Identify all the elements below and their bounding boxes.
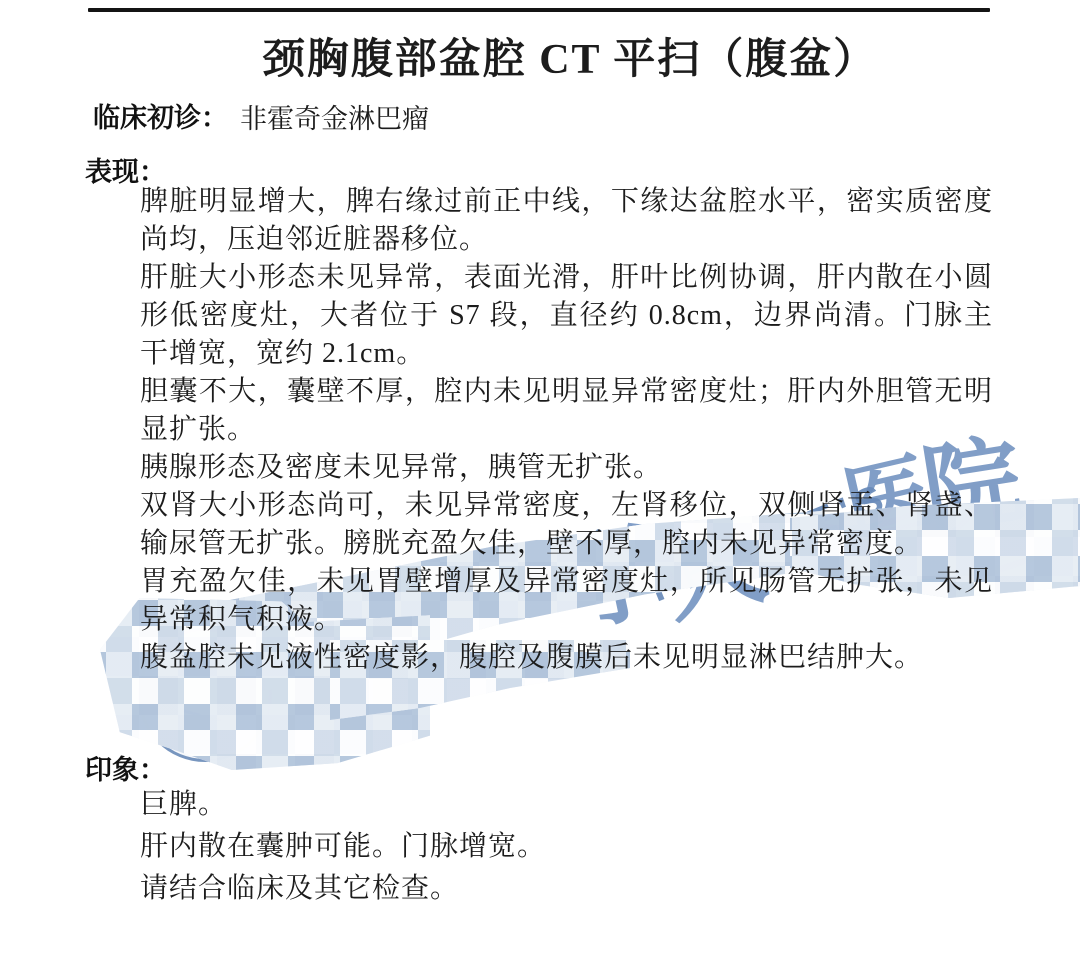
findings-paragraph: 肝脏大小形态未见异常，表面光滑，肝叶比例协调，肝内散在小圆形低密度灶，大者位于 … — [140, 259, 993, 373]
impression-line: 肝内散在囊肿可能。门脉增宽。 — [140, 826, 900, 868]
impression-section-body: 巨脾。 肝内散在囊肿可能。门脉增宽。 请结合临床及其它检查。 — [140, 784, 900, 910]
findings-paragraph: 脾脏明显增大，脾右缘过前正中线，下缘达盆腔水平，密实质密度尚均，压迫邻近脏器移位… — [140, 183, 993, 259]
findings-paragraph: 胃充盈欠佳，未见胃壁增厚及异常密度灶，所见肠管无扩张，未见异常积气积液。 — [140, 563, 993, 639]
impression-line: 巨脾。 — [140, 784, 900, 826]
findings-paragraph: 胆囊不大，囊壁不厚，腔内未见明显异常密度灶；肝内外胆管无明显扩张。 — [140, 373, 993, 449]
ct-report-page: 颈胸腹部盆腔 CT 平扫（腹盆） 临床初诊： 非霍奇金淋巴瘤 表现： 脾脏明显增… — [0, 0, 1080, 960]
impression-line: 请结合临床及其它检查。 — [140, 868, 900, 910]
findings-paragraph: 胰腺形态及密度未见异常，胰管无扩张。 — [140, 449, 993, 487]
findings-section-body: 脾脏明显增大，脾右缘过前正中线，下缘达盆腔水平，密实质密度尚均，压迫邻近脏器移位… — [140, 183, 993, 677]
impression-section-label: 印象： — [85, 748, 166, 787]
findings-paragraph: 腹盆腔未见液性密度影，腹腔及腹膜后未见明显淋巴结肿大。 — [140, 639, 993, 677]
findings-paragraph: 双肾大小形态尚可，未见异常密度，左肾移位，双侧肾盂、肾盏、输尿管无扩张。膀胱充盈… — [140, 487, 993, 563]
